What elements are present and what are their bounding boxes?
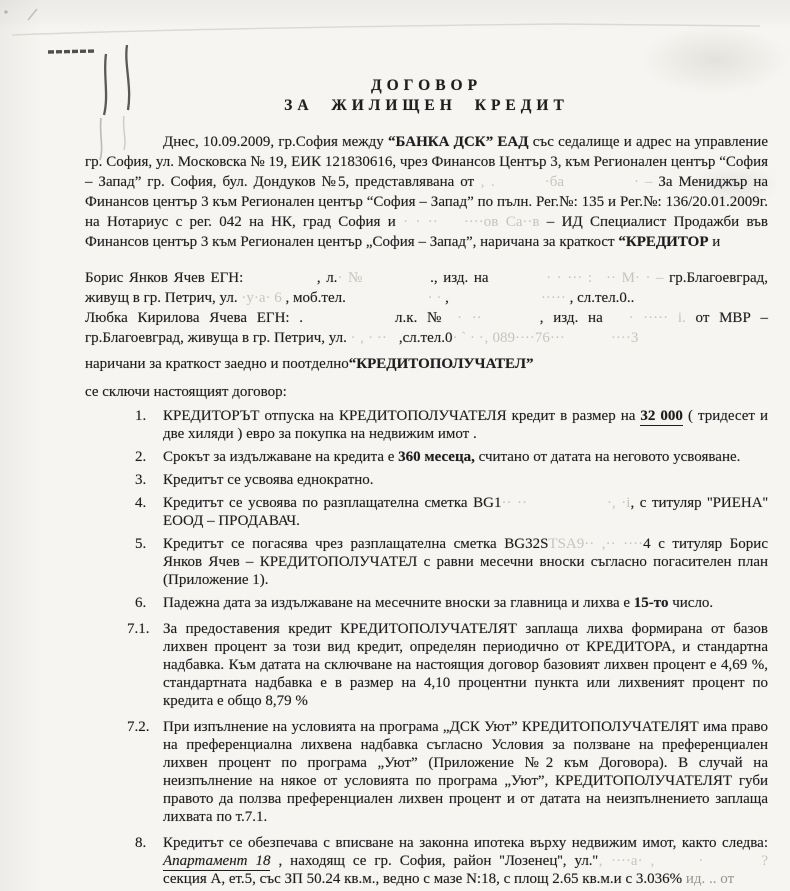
clause-6: 6.Падежна дата за издължаване на месечни… xyxy=(135,594,768,612)
text-segment: считано от датата на неговото усвояване. xyxy=(475,449,741,465)
title-line-1: ДОГОВОР xyxy=(85,76,768,96)
clause-number: 7.2. xyxy=(127,718,163,826)
redacted-area xyxy=(495,185,545,186)
redacted-remnant-text: · – xyxy=(634,174,652,190)
redacted-area xyxy=(703,864,761,865)
clause-text: За предоставения кредит КРЕДИТОПОЛУЧАТЕЛ… xyxy=(163,620,768,710)
redacted-area xyxy=(482,321,540,322)
redacted-remnant-text: · · xyxy=(428,290,442,306)
text-segment: При изпълнение на условията на програма … xyxy=(163,719,768,825)
redacted-area xyxy=(303,321,395,322)
redacted-remnant-text: · № xyxy=(337,270,364,286)
redacted-area xyxy=(438,225,464,226)
clause-number: 2. xyxy=(135,448,163,466)
redacted-area xyxy=(350,301,428,302)
text-segment: число. xyxy=(668,595,713,611)
jointly-named-line: наричани за краткост заедно и поотделно“… xyxy=(85,354,768,374)
text-segment: Кредитът се усвоява еднократно. xyxy=(163,472,374,488)
redacted-area xyxy=(654,864,698,865)
clause-number: 4. xyxy=(135,494,163,530)
redacted-remnant-text: ····3 xyxy=(611,330,638,346)
clause-7.2: 7.2.При изпълнение на условията на прогр… xyxy=(127,718,768,826)
text-segment: Любка Кирилова Ячева ЕГН: . xyxy=(85,310,303,326)
borrower2-paragraph: Любка Кирилова Ячева ЕГН: .л.к. № · ··, … xyxy=(85,308,768,348)
redacted-remnant-text: ·· ·· xyxy=(501,495,527,511)
redacted-remnant-text: · ····· і. xyxy=(628,310,685,326)
redacted-area xyxy=(564,185,634,186)
clause-5: 5.Кредитът се погасява чрез разплащателн… xyxy=(135,535,768,589)
text-segment: КРЕДИТОРЪТ отпуска на КРЕДИТОПОЛУЧАТЕЛЯ … xyxy=(163,408,640,424)
redacted-area xyxy=(249,281,317,282)
redacted-remnant-text: ·у·а· 6 xyxy=(241,290,281,306)
redacted-remnant-text: · ‚ · ·· xyxy=(351,330,387,346)
text-segment: наричани за краткост заедно и поотделно xyxy=(85,356,349,372)
clause-text: Кредитът се погасява чрез разплащателна … xyxy=(163,535,768,589)
text-segment: Апартамент 18 xyxy=(163,853,270,871)
redacted-remnant-text: ·, ·і xyxy=(607,495,630,511)
text-segment: , изд. на xyxy=(540,310,613,326)
clause-2: 2.Срокът за издължаване на кредита е 360… xyxy=(135,448,768,466)
redacted-remnant-text: · ` · ·‚ 089····76··· xyxy=(452,330,564,346)
text-segment: , сл.тел.0.. xyxy=(566,290,635,306)
clause-8: 8.Кредитът се обезпечава с вписване на з… xyxy=(135,834,768,888)
text-segment: Падежна дата за издължаване на месечните… xyxy=(163,595,634,611)
text-segment: 32 000 xyxy=(640,408,683,426)
redacted-remnant-text: ид. .. от xyxy=(686,871,734,887)
text-segment: “КРЕДИТОР xyxy=(618,234,708,250)
text-segment: 360 месеца, xyxy=(398,449,475,465)
clause-number: 6. xyxy=(135,594,163,612)
redacted-remnant-text: ····· xyxy=(541,290,566,306)
redacted-area xyxy=(592,281,606,282)
redacted-remnant-text: · · ·· xyxy=(403,214,438,230)
text-segment: , xyxy=(441,290,449,306)
text-segment: ., изд. на xyxy=(430,270,494,286)
conclusion-line: се сключи настоящият договор: xyxy=(85,382,768,402)
clause-number: 5. xyxy=(135,535,163,589)
redacted-remnant-text: · ·· xyxy=(457,310,482,326)
clause-7.1: 7.1.За предоставения кредит КРЕДИТОПОЛУЧ… xyxy=(127,620,768,710)
clause-3: 3.Кредитът се усвоява еднократно. xyxy=(135,471,768,489)
text-segment: За предоставения кредит КРЕДИТОПОЛУЧАТЕЛ… xyxy=(163,621,768,709)
clause-number: 8. xyxy=(135,834,163,888)
text-segment: л.к. № xyxy=(395,310,457,326)
text-segment: Срокът за издължаване на кредита е xyxy=(163,449,398,465)
text-segment: “КРЕДИТОПОЛУЧАТЕЛ” xyxy=(349,356,534,372)
clause-number: 1. xyxy=(135,407,163,443)
redacted-area xyxy=(527,506,607,507)
redacted-area xyxy=(565,341,611,342)
clause-4: 4.Кредитът се усвоява по разплащателна с… xyxy=(135,494,768,530)
clause-text: Кредитът се усвоява по разплащателна сме… xyxy=(163,494,768,530)
text-segment: “БАНКА ДСК” ЕАД xyxy=(388,134,529,150)
text-segment: се сключи настоящият договор: xyxy=(85,384,287,400)
clause-text: Кредитът се обезпечава с вписване на зак… xyxy=(163,834,768,888)
redacted-area xyxy=(449,301,541,302)
redacted-remnant-text: · · ··· : xyxy=(546,270,592,286)
clause-text: Кредитът се усвоява еднократно. xyxy=(163,471,768,489)
scanned-contract-page: ДОГОВОР ЗА ЖИЛИЩЕН КРЕДИТ Днес, 10.09.20… xyxy=(0,0,790,891)
redacted-area xyxy=(494,281,546,282)
text-segment: Днес, 10.09.2009, гр.София между xyxy=(163,134,388,150)
text-segment: , л. xyxy=(317,270,338,286)
intro-paragraph: Днес, 10.09.2009, гр.София между “БАНКА … xyxy=(85,132,768,252)
redacted-remnant-text: ‚ ····а· , xyxy=(598,853,654,869)
text-segment: , моб.тел. xyxy=(282,290,350,306)
redacted-remnant-text: ‚ . xyxy=(480,174,495,190)
redacted-area xyxy=(612,321,628,322)
document-title: ДОГОВОР ЗА ЖИЛИЩЕН КРЕДИТ xyxy=(85,76,768,116)
text-segment: , находящ се гр. София, район ''Лозенец'… xyxy=(270,853,598,869)
clause-text: Падежна дата за издължаване на месечните… xyxy=(163,594,768,612)
text-segment: секция А, ет.5, със ЗП 50.24 кв.м., ведн… xyxy=(163,871,686,887)
redacted-remnant-text: ····ов Са··в xyxy=(464,214,540,230)
document-body: ДОГОВОР ЗА ЖИЛИЩЕН КРЕДИТ Днес, 10.09.20… xyxy=(0,0,790,891)
text-segment: Кредитът се усвоява по разплащателна сме… xyxy=(163,495,501,511)
clause-number: 7.1. xyxy=(127,620,163,710)
text-segment: 15-то xyxy=(634,595,669,611)
text-segment: Кредитът се обезпечава с вписване на зак… xyxy=(163,835,768,851)
redacted-remnant-text: ·· М· · – xyxy=(606,270,664,286)
clause-text: При изпълнение на условията на програма … xyxy=(163,718,768,826)
text-segment: Кредитът се погасява чрез разплащателна … xyxy=(163,536,548,552)
clause-1: 1.КРЕДИТОРЪТ отпуска на КРЕДИТОПОЛУЧАТЕЛ… xyxy=(135,407,768,443)
text-segment: и xyxy=(708,234,720,250)
clause-number: 3. xyxy=(135,471,163,489)
redacted-remnant-text: TSА9·· ,·· ···· xyxy=(548,536,643,552)
clause-list: 1.КРЕДИТОРЪТ отпуска на КРЕДИТОПОЛУЧАТЕЛ… xyxy=(85,407,768,888)
text-segment: ,сл.тел.0 xyxy=(399,330,453,346)
title-line-2: ЗА ЖИЛИЩЕН КРЕДИТ xyxy=(85,96,768,116)
redacted-area xyxy=(364,281,430,282)
redacted-remnant-text: ·ба xyxy=(545,174,564,190)
redacted-remnant-text: · xyxy=(698,853,703,869)
redacted-area xyxy=(387,341,399,342)
borrower1-paragraph: Борис Янков Ячев ЕГН: , л.· №., изд. на … xyxy=(85,268,768,308)
clause-text: КРЕДИТОРЪТ отпуска на КРЕДИТОПОЛУЧАТЕЛЯ … xyxy=(163,407,768,443)
text-segment: Борис Янков Ячев ЕГН: xyxy=(85,270,249,286)
redacted-remnant-text: ? xyxy=(761,853,768,869)
clause-text: Срокът за издължаване на кредита е 360 м… xyxy=(163,448,768,466)
